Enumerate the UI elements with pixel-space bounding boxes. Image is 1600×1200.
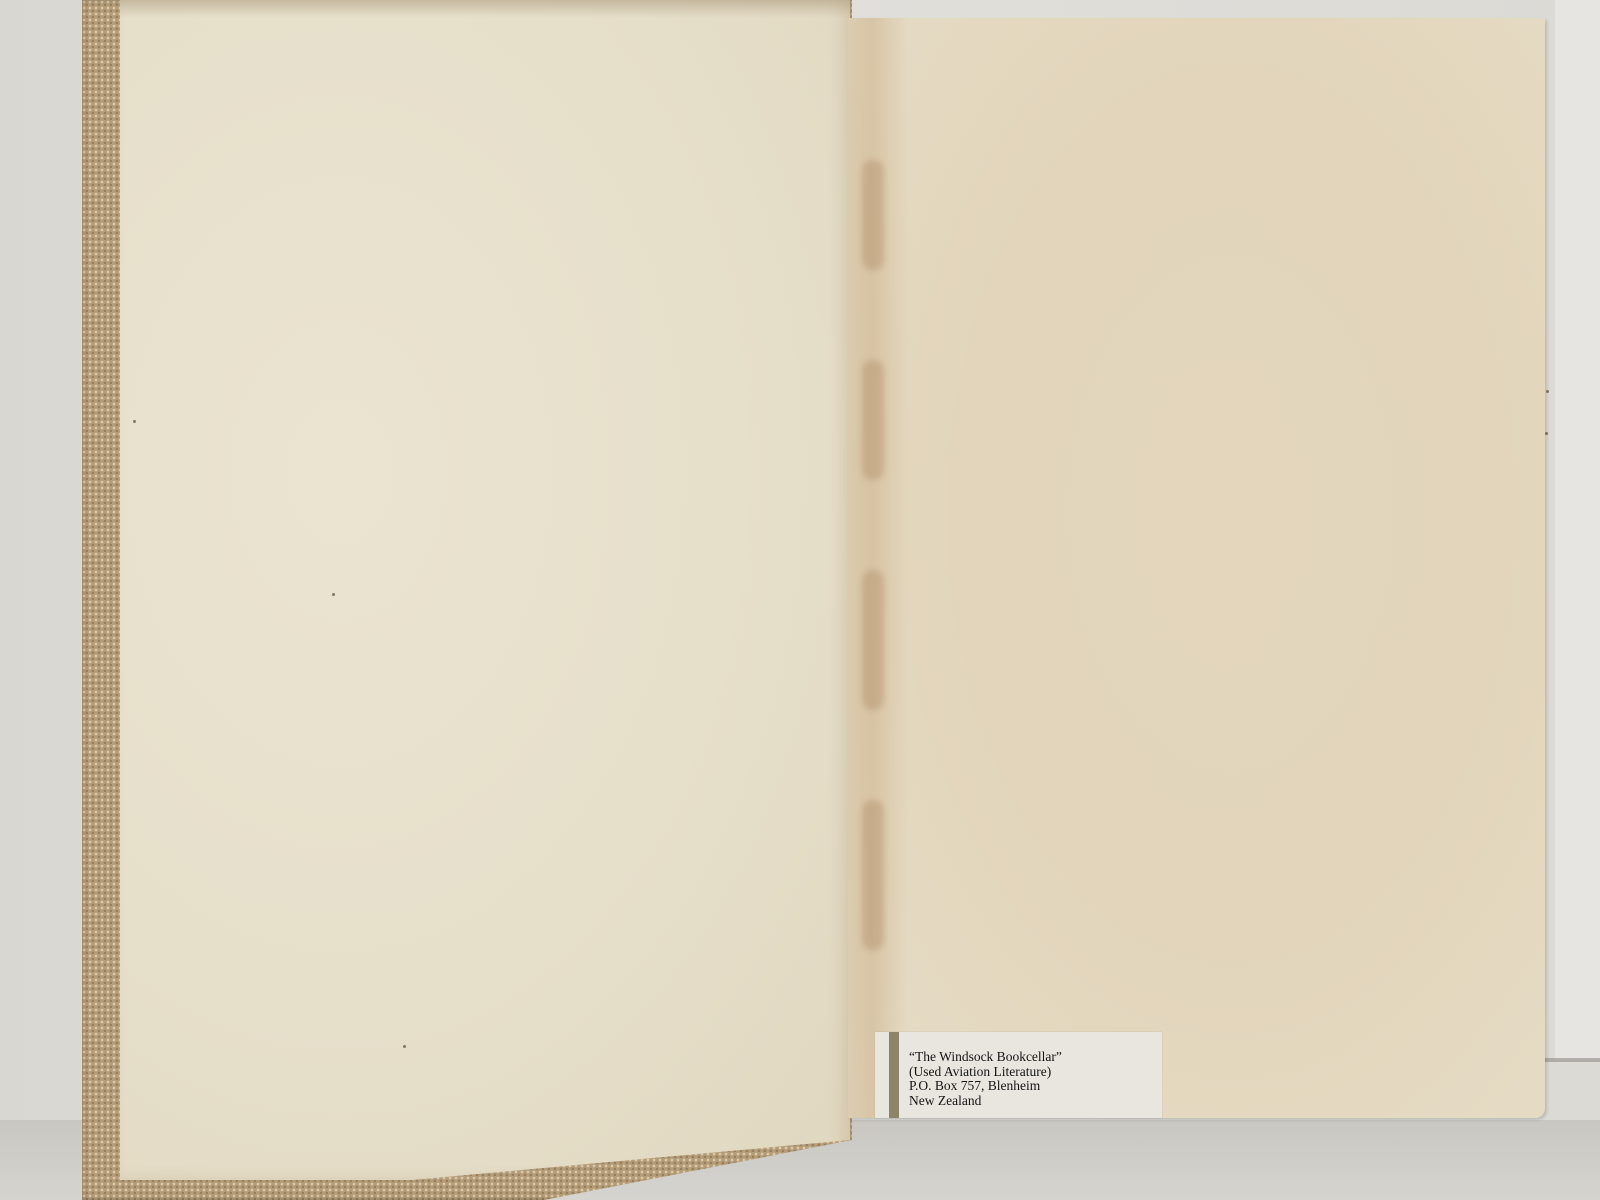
gutter-stain [862, 570, 884, 710]
left-endpaper [120, 0, 850, 1180]
gutter-stain [862, 160, 884, 270]
gutter-stain [862, 800, 884, 950]
label-line-address: P.O. Box 757, Blenheim [909, 1079, 1062, 1094]
background-wall [1555, 0, 1600, 1060]
paper-speck [1546, 390, 1549, 393]
left-page-top-shadow [120, 0, 850, 18]
label-line-shop-name: “The Windsock Bookcellar” [909, 1050, 1062, 1065]
shelf-ledge [1540, 1058, 1600, 1062]
label-text: “The Windsock Bookcellar” (Used Aviation… [909, 1050, 1062, 1108]
bookseller-label: “The Windsock Bookcellar” (Used Aviation… [875, 1032, 1162, 1118]
gutter-stain [862, 360, 884, 480]
paper-speck [133, 420, 136, 423]
paper-speck [332, 593, 335, 596]
label-line-specialty: (Used Aviation Literature) [909, 1065, 1062, 1080]
label-line-country: New Zealand [909, 1094, 1062, 1109]
paper-speck [1545, 432, 1548, 435]
right-flyleaf [848, 18, 1545, 1118]
label-accent-bar [889, 1032, 899, 1118]
paper-speck [403, 1045, 406, 1048]
